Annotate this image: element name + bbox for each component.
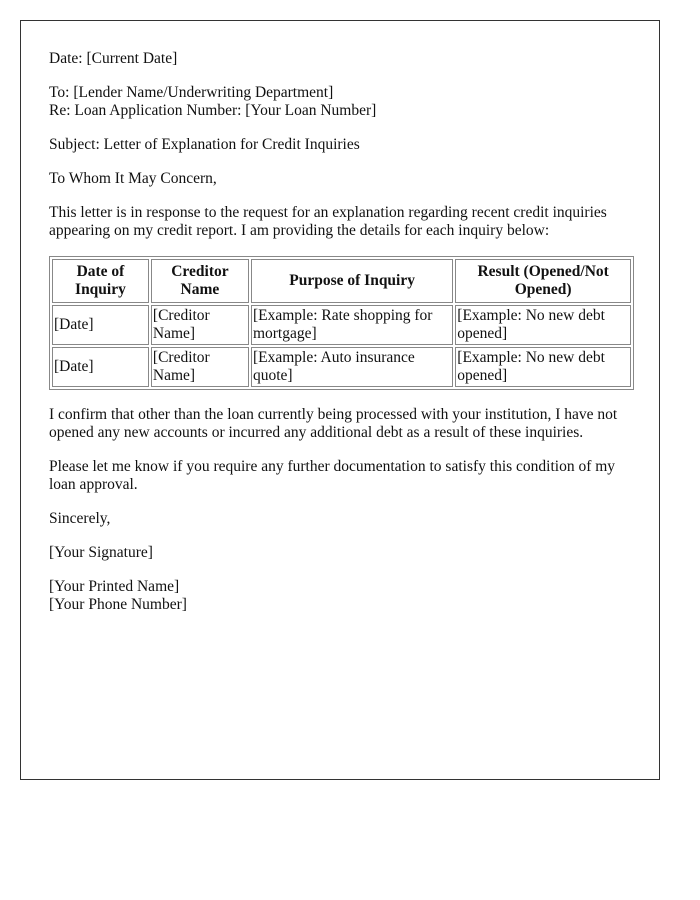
header-date: Date of Inquiry bbox=[52, 259, 149, 303]
header-purpose: Purpose of Inquiry bbox=[251, 259, 453, 303]
printed-name: [Your Printed Name] bbox=[49, 578, 179, 595]
cell-creditor: [Creditor Name] bbox=[151, 347, 249, 387]
recipient-block: To: [Lender Name/Underwriting Department… bbox=[49, 84, 631, 120]
table-row: [Date] [Creditor Name] [Example: Auto in… bbox=[52, 347, 631, 387]
intro-paragraph: This letter is in response to the reques… bbox=[49, 204, 631, 240]
header-creditor: Creditor Name bbox=[151, 259, 249, 303]
cell-purpose: [Example: Rate shopping for mortgage] bbox=[251, 305, 453, 345]
cell-creditor: [Creditor Name] bbox=[151, 305, 249, 345]
date-line: Date: [Current Date] bbox=[49, 50, 631, 68]
table-row: [Date] [Creditor Name] [Example: Rate sh… bbox=[52, 305, 631, 345]
signature: [Your Signature] bbox=[49, 544, 631, 562]
contact-block: [Your Printed Name] [Your Phone Number] bbox=[49, 578, 631, 614]
cell-result: [Example: No new debt opened] bbox=[455, 305, 631, 345]
cell-date: [Date] bbox=[52, 347, 149, 387]
salutation: To Whom It May Concern, bbox=[49, 170, 631, 188]
subject-line: Subject: Letter of Explanation for Credi… bbox=[49, 136, 631, 154]
cell-date: [Date] bbox=[52, 305, 149, 345]
to-line: To: [Lender Name/Underwriting Department… bbox=[49, 84, 333, 101]
cell-purpose: [Example: Auto insurance quote] bbox=[251, 347, 453, 387]
closing: Sincerely, bbox=[49, 510, 631, 528]
request-paragraph: Please let me know if you require any fu… bbox=[49, 458, 631, 494]
cell-result: [Example: No new debt opened] bbox=[455, 347, 631, 387]
header-result: Result (Opened/Not Opened) bbox=[455, 259, 631, 303]
phone-number: [Your Phone Number] bbox=[49, 596, 187, 613]
inquiry-table: Date of Inquiry Creditor Name Purpose of… bbox=[49, 256, 634, 390]
confirmation-paragraph: I confirm that other than the loan curre… bbox=[49, 406, 631, 442]
table-header-row: Date of Inquiry Creditor Name Purpose of… bbox=[52, 259, 631, 303]
re-line: Re: Loan Application Number: [Your Loan … bbox=[49, 102, 376, 119]
letter-page: Date: [Current Date] To: [Lender Name/Un… bbox=[20, 20, 660, 780]
